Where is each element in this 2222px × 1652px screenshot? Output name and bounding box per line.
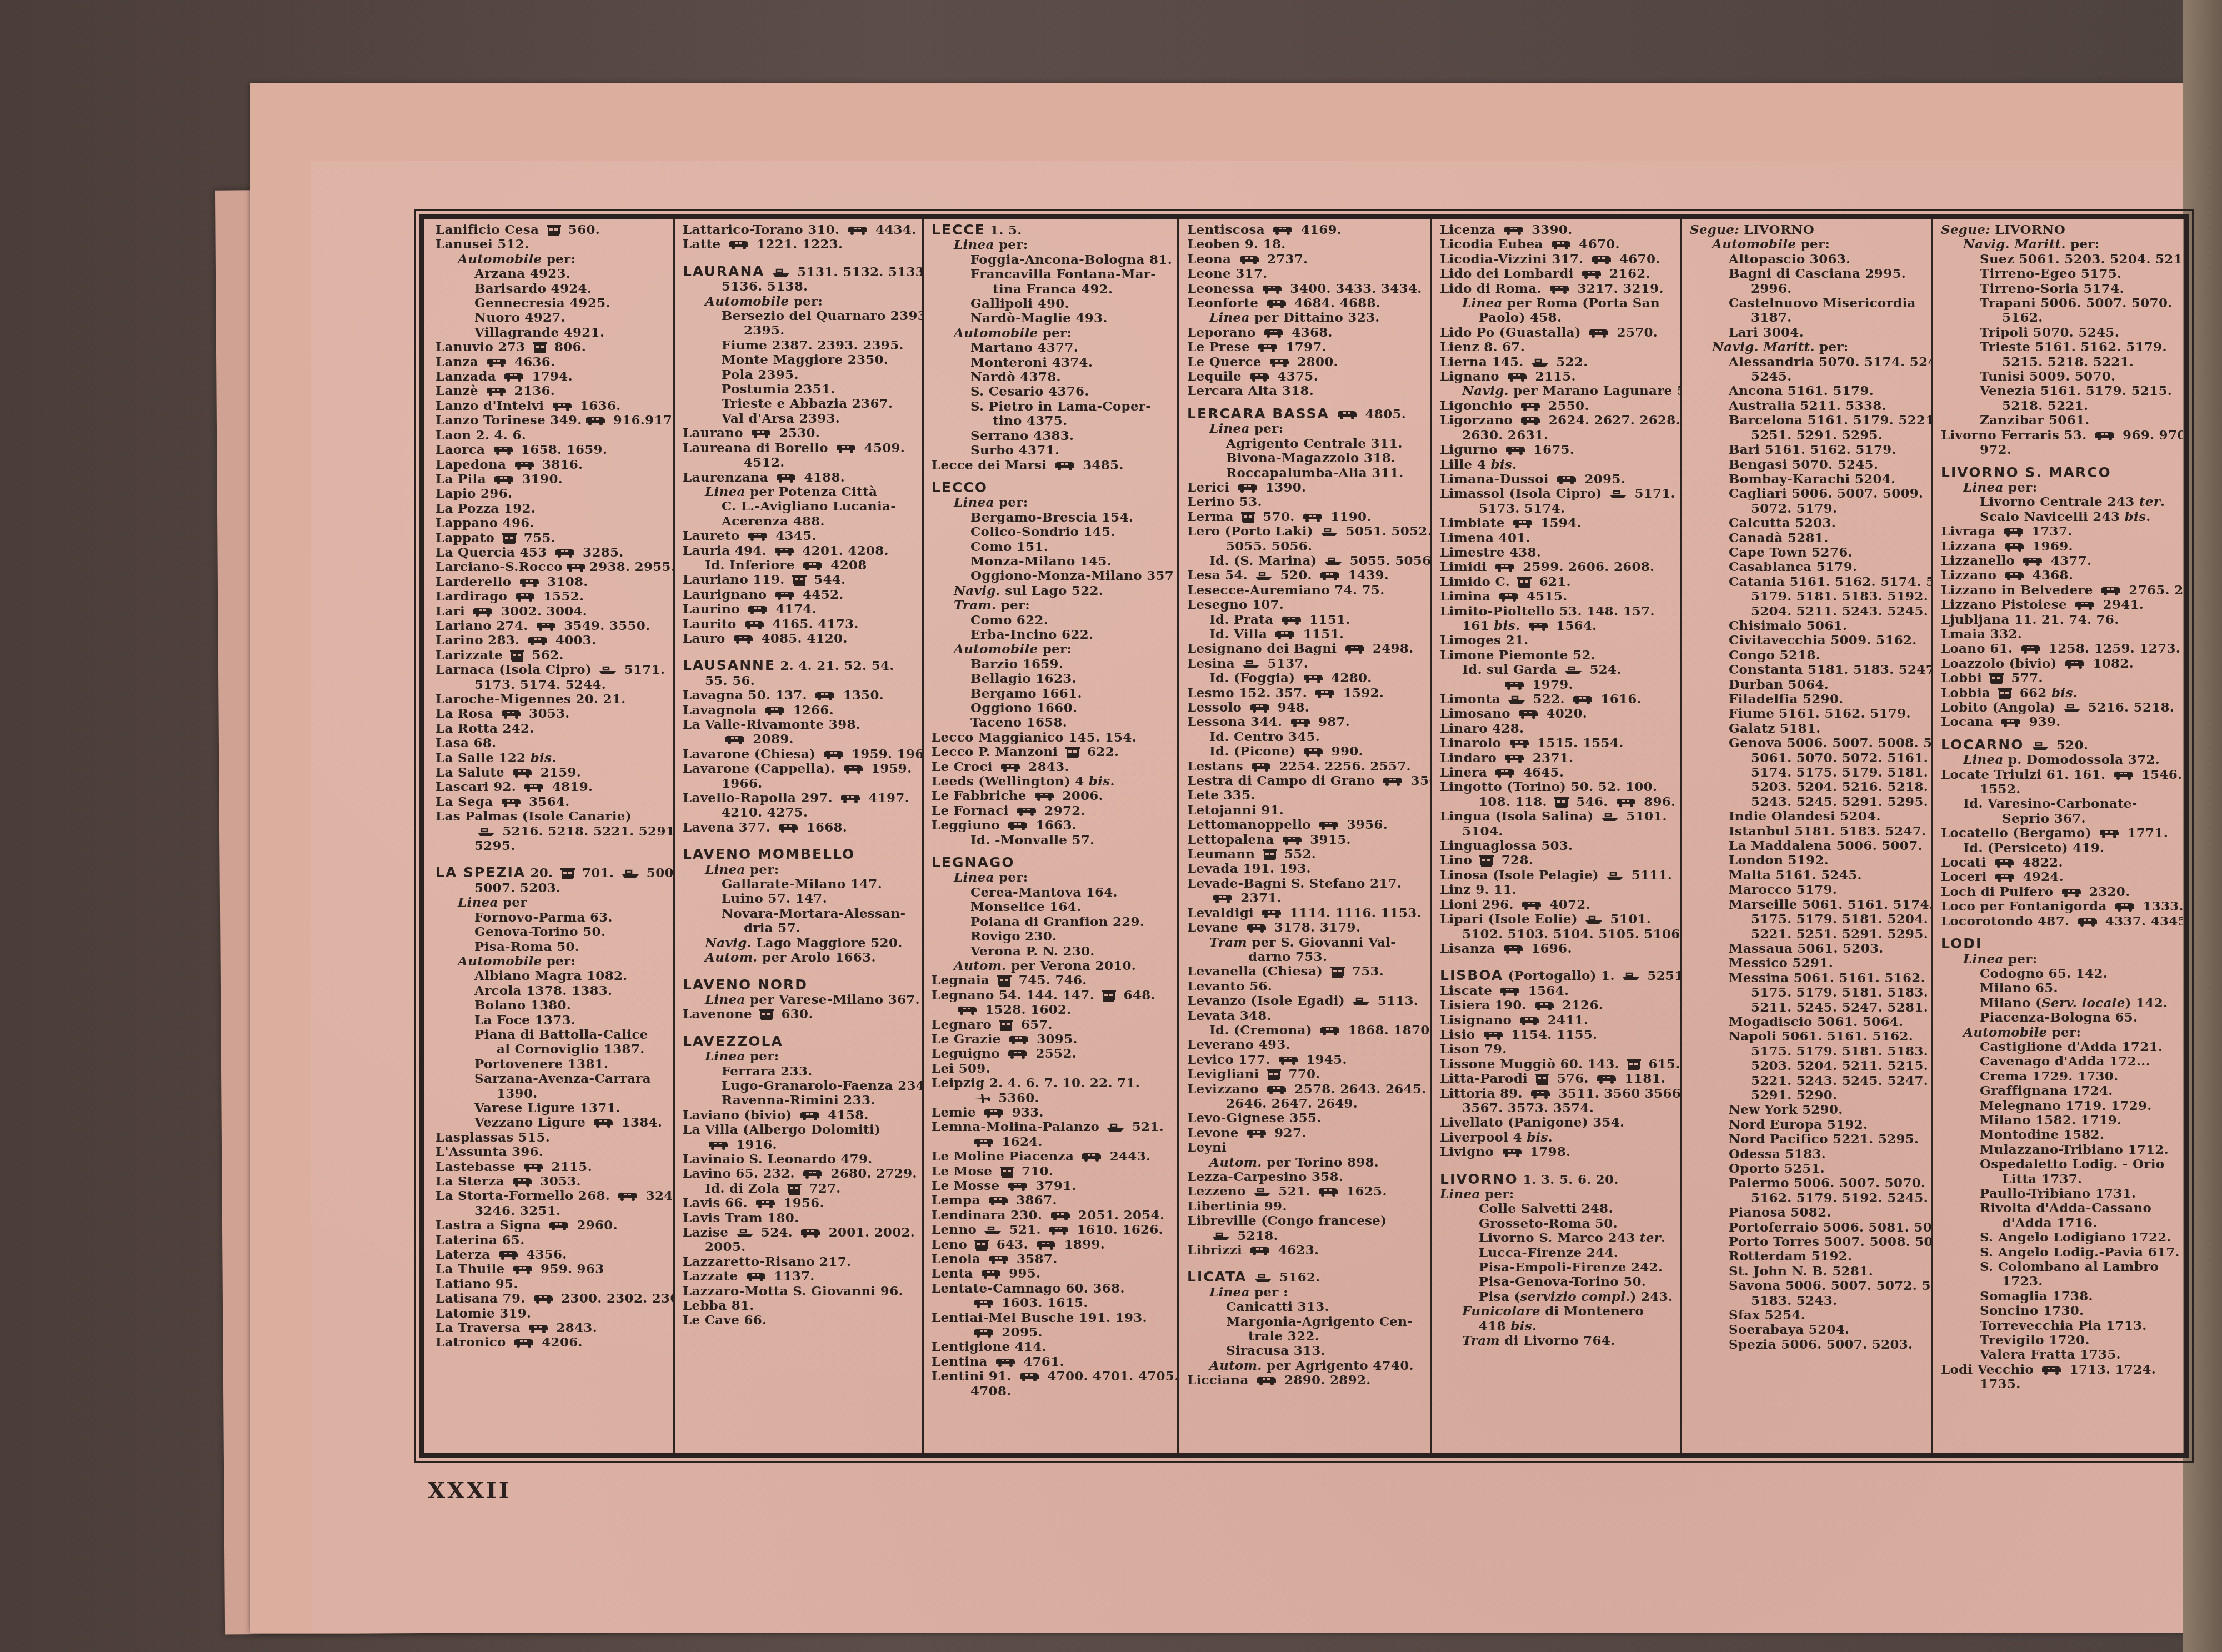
tram-icon <box>1535 1073 1549 1085</box>
station-heading: LAVENO NORD <box>683 978 915 993</box>
bus-icon <box>774 547 795 557</box>
index-entry: Lingua (Isola Salina) 5101. <box>1440 809 1673 824</box>
index-subentry: Montodine 1582. <box>1941 1128 2176 1142</box>
bus-icon <box>1994 873 2015 883</box>
index-entry: La Rosa 3053. <box>436 707 666 721</box>
index-entry: Livorno Ferraris 53. 969. 970. <box>1941 428 2176 443</box>
bus-icon <box>1502 1148 1523 1158</box>
bus-icon <box>1246 923 1267 933</box>
index-entry: Lienz 8. 67. <box>1440 340 1673 354</box>
italic-qualifier: Segue: <box>1690 222 1739 237</box>
bus-icon <box>814 691 835 701</box>
italic-qualifier: bis <box>531 750 552 765</box>
index-entry: Lessona 344. 987. <box>1187 715 1423 729</box>
ship-icon <box>1585 915 1603 925</box>
index-entry: La Rotta 242. <box>436 722 666 736</box>
index-subentry: Cagliari 5006. 5007. 5009. <box>1690 487 1924 501</box>
index-entry: Levada 191. 193. <box>1187 862 1423 876</box>
bus-icon <box>1520 402 1541 412</box>
index-entry: Loco per Fontanigorda 1333. <box>1941 899 2176 914</box>
ship-icon <box>1254 1273 1272 1283</box>
index-subentry: 418 bis. <box>1440 1319 1673 1334</box>
bus-icon <box>1518 709 1539 719</box>
index-subentry: Linea per Potenza Città <box>683 485 915 499</box>
bus-icon <box>523 783 544 793</box>
bus-icon <box>1007 821 1028 831</box>
index-subentry: Messico 5291. <box>1690 956 1924 970</box>
index-subentry: Ravenna-Rimini 233. <box>683 1093 915 1108</box>
bus-icon <box>493 475 514 485</box>
index-subentry: Durban 5064. <box>1690 678 1924 692</box>
bus-icon <box>1274 630 1295 640</box>
bus-icon <box>835 444 857 454</box>
station-heading: LOCARNO 520. <box>1941 738 2176 753</box>
index-entry: Leyni <box>1187 1140 1423 1155</box>
index-entry: Letojanni 91. <box>1187 803 1423 818</box>
index-subentry: 2646. 2647. 2649. <box>1187 1097 1423 1111</box>
index-subentry: Id. (Foggia) 4280. <box>1187 671 1423 685</box>
index-entry: Lanusei 512. <box>436 237 666 252</box>
italic-qualifier: bis <box>1089 774 1110 789</box>
index-subentry: Pisa-Roma 50. <box>436 940 666 954</box>
index-entry: Larderello 3108. <box>436 575 666 589</box>
index-entry: Le Croci 2843. <box>932 760 1170 774</box>
index-entry: Livigno 1798. <box>1440 1145 1673 1159</box>
index-entry: Lesa 54. 520. 1439. <box>1187 568 1423 583</box>
index-subentry: New York 5290. <box>1690 1103 1924 1117</box>
index-entry: Liverpool 4 bis. <box>1440 1130 1673 1145</box>
bus-icon <box>1503 944 1524 954</box>
index-subentry: Linea per Roma (Porta San <box>1440 296 1673 311</box>
italic-qualifier: Autom. <box>954 958 1007 973</box>
index-entry: Littoria 89. 3511. 3560 3566. <box>1440 1087 1673 1101</box>
station-heading: LAVEZZOLA <box>683 1034 915 1049</box>
index-subentry: 1552. <box>1941 782 2176 797</box>
bus-icon <box>528 1324 549 1334</box>
index-subentry: Melegnano 1719. 1729. <box>1941 1099 2176 1113</box>
ship-icon <box>1253 1187 1271 1197</box>
index-entry: Le Querce 2800. <box>1187 355 1423 369</box>
index-subentry: 2395. <box>683 323 915 338</box>
bus-icon <box>501 798 522 808</box>
tram-icon <box>999 1019 1013 1032</box>
index-entry: Lille 4 bis. <box>1440 458 1673 472</box>
index-subentry: dria 57. <box>683 921 915 935</box>
index-subentry: Pisa-Genova-Torino 50. <box>1440 1275 1673 1289</box>
index-subentry: 1528. 1602. <box>932 1003 1170 1017</box>
tram-icon <box>1102 990 1116 1002</box>
index-subentry: Arzana 4923. <box>436 267 666 281</box>
index-subentry: Fornovo-Parma 63. <box>436 910 666 925</box>
bus-icon <box>988 1196 1009 1206</box>
index-entry: Lerici 1390. <box>1187 480 1423 495</box>
bus-icon <box>617 1192 638 1202</box>
bus-icon <box>501 709 522 719</box>
index-entry: Lavarone (Chiesa) 1959. 1966. <box>683 747 915 762</box>
index-subentry: C. L.-Avigliano Lucania- <box>683 499 915 514</box>
index-subentry: Oggiono-Monza-Milano 357 <box>932 569 1170 583</box>
bus-icon <box>1494 768 1515 778</box>
index-subentry: 5218. <box>1187 1229 1423 1243</box>
italic-qualifier: Tram <box>1209 935 1247 950</box>
index-subentry: Ferrara 233. <box>683 1064 915 1079</box>
ship-icon <box>736 1228 754 1238</box>
index-entry: Lecco P. Manzoni 622. <box>932 745 1170 759</box>
index-subentry: S. Angelo Lodigiano 1722. <box>1941 1230 2176 1245</box>
index-subentry: 5291. 5290. <box>1690 1088 1924 1103</box>
index-subentry: 55. 56. <box>683 674 915 688</box>
bus-icon <box>533 1294 554 1304</box>
bus-icon <box>548 1221 569 1231</box>
index-entry: Lindaro 2371. <box>1440 751 1673 765</box>
bus-icon <box>843 764 864 774</box>
italic-qualifier: Navig. Maritt. <box>1963 237 2066 252</box>
index-entry: Lappato 755. <box>436 531 666 545</box>
italic-qualifier: Linea <box>458 895 498 910</box>
index-entry: La Salute 2159. <box>436 765 666 780</box>
index-subentry: Oggiono 1660. <box>932 701 1170 715</box>
bus-icon <box>554 548 575 558</box>
continued-heading: Segue: LIVORNO <box>1690 223 1924 237</box>
ship-icon <box>2063 703 2081 713</box>
index-entry: Leonforte 4684. 4688. <box>1187 296 1423 311</box>
index-entry: Leeds (Wellington) 4 bis. <box>932 774 1170 789</box>
italic-qualifier: Navig. <box>954 583 1000 598</box>
index-subentry: Albiano Magra 1082. <box>436 969 666 983</box>
index-entry: Laterza 4356. <box>436 1248 666 1262</box>
italic-qualifier: Automobile <box>954 326 1038 341</box>
index-subentry: 3246. 3251. <box>436 1204 666 1218</box>
index-subentry: Nord Pacifico 5221. 5295. <box>1690 1132 1924 1147</box>
index-columns: Lanificio Cesa 560.Lanusei 512.Automobil… <box>428 219 2183 1453</box>
index-entry: Levanella (Chiesa) 753. <box>1187 964 1423 979</box>
bus-icon <box>1483 1030 1504 1040</box>
index-subentry: Portovenere 1381. <box>436 1057 666 1072</box>
index-subentry: 5175. 5179. 5181. 5183. 5192. <box>1690 1044 1924 1059</box>
index-subentry: S. Cesario 4376. <box>932 384 1170 399</box>
bus-icon <box>1572 695 1593 705</box>
bus-icon <box>2077 917 2098 927</box>
bus-icon <box>1278 1055 1299 1065</box>
index-entry: Lavis 66. 1956. <box>683 1196 915 1210</box>
index-column-7: Segue: LIVORNONavig. Maritt. per:Suez 50… <box>1933 219 2183 1453</box>
index-subentry: 5204. 5211. 5243. 5245. 5247. <box>1690 604 1924 619</box>
index-entry: Leno 643. 1899. <box>932 1238 1170 1252</box>
bus-icon <box>514 592 536 602</box>
index-entry: Limina 4515. <box>1440 589 1673 604</box>
index-entry: Lercara Alta 318. <box>1187 384 1423 398</box>
ship-icon <box>1320 527 1338 537</box>
index-subentry: Alessandria 5070. 5174. 5243 <box>1690 355 1924 369</box>
index-subentry: Graffignana 1724. <box>1941 1084 2176 1098</box>
index-subentry: Savona 5006. 5007. 5072. 5179. <box>1690 1279 1924 1293</box>
index-entry: Limito-Pioltello 53. 148. 157. <box>1440 604 1673 619</box>
index-entry: Leonessa 3400. 3433. 3434. <box>1187 282 1423 296</box>
bus-icon <box>1549 284 1570 294</box>
bus-icon <box>1007 1182 1028 1192</box>
bus-icon <box>2020 644 2041 654</box>
italic-qualifier: ter <box>1640 1230 1661 1245</box>
index-subentry: Barzio 1659. <box>932 657 1170 672</box>
index-entry: Lariano 274. 3549. 3550. <box>436 619 666 633</box>
bus-icon <box>1382 777 1403 787</box>
index-subentry: 5162. 5179. 5192. 5245. 5290. <box>1690 1191 1924 1205</box>
tram-icon <box>547 224 561 237</box>
index-entry: Lisio 1154. 1155. <box>1440 1028 1673 1042</box>
index-subentry: Mogadiscio 5061. 5064. <box>1690 1015 1924 1029</box>
index-entry: Laroche-Migennes 20. 21. <box>436 692 666 707</box>
index-entry: L'Assunta 396. <box>436 1145 666 1159</box>
bus-icon <box>1344 644 1365 654</box>
index-subentry: Galatz 5181. <box>1690 722 1924 736</box>
index-entry: Lazzate 1137. <box>683 1269 915 1284</box>
index-entry: Limana-Dussoi 2095. <box>1440 472 1673 487</box>
station-heading-name: LAVENO NORD <box>683 977 808 993</box>
index-subentry: Chisimaio 5061. <box>1690 619 1924 633</box>
index-entry: Lattarico-Torano 310. 4434. <box>683 223 915 237</box>
index-entry: Lettopalena 3915. <box>1187 833 1423 847</box>
index-entry: Lastra a Signa 2960. <box>436 1218 666 1233</box>
tram-icon <box>997 975 1012 987</box>
index-subentry: Tram. per: <box>932 598 1170 613</box>
index-subentry: Scalo Navicelli 243 bis. <box>1941 510 2176 524</box>
index-entry: La Storta-Formello 268. 3242. <box>436 1189 666 1203</box>
italic-qualifier: Segue: <box>1941 222 1990 237</box>
index-entry: La Salle 122 bis. <box>436 751 666 765</box>
italic-qualifier: Automobile <box>705 294 789 309</box>
bus-icon <box>585 416 606 426</box>
bus-icon <box>1008 1035 1029 1045</box>
index-entry: Le Mose 710. <box>932 1164 1170 1179</box>
tram-icon <box>1330 966 1345 978</box>
index-subentry: Portoferraio 5006. 5081. 5082 <box>1690 1220 1924 1235</box>
index-entry: Leipzig 2. 4. 6. 7. 10. 22. 71. <box>932 1076 1170 1090</box>
bus-icon <box>565 563 587 573</box>
index-entry: Lmaia 332. <box>1941 627 2176 642</box>
bus-icon <box>2022 557 2043 567</box>
bus-icon <box>1337 410 1358 420</box>
index-subentry: Messina 5061. 5161. 5162. <box>1690 971 1924 985</box>
index-entry: Lapedona 3816. <box>436 458 666 472</box>
index-subentry: Paolo) 458. <box>1440 311 1673 325</box>
index-entry: Lisanza 1696. <box>1440 942 1673 956</box>
tram-icon <box>1263 849 1277 861</box>
tram-icon <box>1554 797 1569 809</box>
index-subentry: 5203. 5204. 5216. 5218. 5221. <box>1690 780 1924 794</box>
bus-icon <box>1319 1026 1340 1036</box>
index-subentry: 5174. 5175. 5179. 5181. 5183. <box>1690 765 1924 780</box>
index-entry: Laurino 4174. <box>683 602 915 617</box>
ship-icon <box>1242 659 1260 669</box>
index-subentry: 5211. 5245. 5247. 5281. 5290. <box>1690 1000 1924 1015</box>
index-subentry: 1966. <box>683 777 915 791</box>
bus-icon <box>2004 542 2025 552</box>
index-subentry: Bari 5161. 5162. 5179. <box>1690 443 1924 457</box>
tram-icon <box>1000 1166 1014 1178</box>
index-entry: Lardirago 1552. <box>436 589 666 604</box>
index-subentry: 5295. <box>436 839 666 853</box>
index-subentry: Autom. per Arolo 1663. <box>683 950 915 965</box>
italic-qualifier: Linea <box>954 870 994 885</box>
index-entry: Limidi 2599. 2606. 2608. <box>1440 560 1673 574</box>
italic-qualifier: ter <box>2139 494 2160 509</box>
station-heading-name: LECCE <box>932 222 985 238</box>
bus-icon <box>512 1177 533 1187</box>
index-entry: Lesignano dei Bagni 2498. <box>1187 642 1423 656</box>
index-subentry: Autom. per Agrigento 4740. <box>1187 1359 1423 1373</box>
index-entry: Lizzana 1969. <box>1941 539 2176 554</box>
italic-qualifier: Linea <box>705 1049 745 1064</box>
index-subentry: Gallipoli 490. <box>932 297 1170 311</box>
index-subentry: 5221. 5251. 5291. 5295. <box>1690 927 1924 942</box>
bus-icon <box>1314 689 1335 699</box>
bus-icon <box>800 1228 821 1238</box>
index-subentry: Genova 5006. 5007. 5008. 5009. <box>1690 736 1924 750</box>
bus-icon <box>1615 798 1637 808</box>
index-entry: Lisignano 2411. <box>1440 1013 1673 1028</box>
index-column-6: Segue: LIVORNOAutomobile per:Altopascio … <box>1682 219 1933 1453</box>
bus-icon <box>1509 739 1530 749</box>
index-entry: Le Fabbriche 2006. <box>932 789 1170 803</box>
index-subentry: Torrevecchia Pia 1713. <box>1941 1319 2176 1333</box>
index-subentry: Palermo 5006. 5007. 5070. 5161 <box>1690 1176 1924 1190</box>
index-entry: Lesmo 152. 357. 1592. <box>1187 686 1423 700</box>
index-subentry: d'Adda 1716. <box>1941 1216 2176 1230</box>
index-entry: Laurignano 4452. <box>683 588 915 602</box>
index-entry: Lazzaretto-Risano 217. <box>683 1255 915 1269</box>
bus-icon <box>995 1358 1016 1368</box>
index-subentry: Como 622. <box>932 613 1170 628</box>
index-subentry: Malta 5161. 5245. <box>1690 868 1924 883</box>
index-entry: La Traversa 2843. <box>436 1321 666 1335</box>
index-entry: Lesecce-Auremiano 74. 75. <box>1187 583 1423 598</box>
index-subentry: Piacenza-Bologna 65. <box>1941 1010 2176 1025</box>
tram-icon <box>560 868 575 880</box>
bus-icon <box>957 1005 978 1015</box>
bus-icon <box>1266 1085 1287 1095</box>
index-subentry: Nardò-Maglie 493. <box>932 311 1170 326</box>
index-subentry: Paullo-Tribiano 1731. <box>1941 1187 2176 1201</box>
index-subentry: 2630. 2631. <box>1440 428 1673 443</box>
index-entry: Lodi Vecchio 1713. 1724. <box>1941 1363 2176 1377</box>
index-subentry: Automobile per: <box>932 642 1170 657</box>
index-subentry: Milano (Serv. locale) 142. <box>1941 996 2176 1010</box>
ship-icon <box>1352 997 1370 1007</box>
tram-icon <box>1267 1069 1281 1081</box>
index-subentry: Poiana di Granfion 229. <box>932 915 1170 929</box>
index-entry: Laurano 2530. <box>683 426 915 440</box>
index-subentry: darno 753. <box>1187 950 1423 964</box>
index-entry: Loch di Pulfero 2320. <box>1941 885 2176 899</box>
italic-qualifier: Tram <box>1462 1333 1500 1348</box>
bus-icon <box>775 473 797 483</box>
bus-icon <box>1000 763 1021 773</box>
index-subentry: Suez 5061. 5203. 5204. 5211. <box>1941 252 2176 267</box>
index-subentry: Luino 57. 147. <box>683 892 915 906</box>
station-heading: LECCE 1. 5. <box>932 223 1170 238</box>
index-subentry: La Maddalena 5006. 5007. <box>1690 839 1924 853</box>
index-entry: Linea per: <box>1440 1187 1673 1202</box>
index-subentry: Istanbul 5181. 5183. 5247. <box>1690 824 1924 839</box>
bus-icon <box>1556 475 1577 485</box>
bus-icon <box>498 1250 519 1260</box>
index-subentry: Postumia 2351. <box>683 382 915 397</box>
bus-icon <box>745 1272 767 1282</box>
index-entry: Latisana 79. 2300. 2302. 2305. <box>436 1291 666 1306</box>
index-subentry: Porto Torres 5007. 5008. 5072 <box>1690 1235 1924 1249</box>
index-subentry: Linea p. Domodossola 372. <box>1941 753 2176 767</box>
bus-icon <box>1034 792 1055 802</box>
index-subentry: Gallarate-Milano 147. <box>683 877 915 892</box>
index-entry: Licodia-Vizzini 317. 4670. <box>1440 252 1673 267</box>
index-entry: Lido dei Lombardi 2162. <box>1440 267 1673 281</box>
index-entry: Lobbia 662 bis. <box>1941 686 2176 700</box>
station-heading: LAVENO MOMBELLO <box>683 847 915 862</box>
bus-icon <box>1050 1211 1071 1221</box>
station-heading: LODI <box>1941 937 2176 952</box>
index-entry: Lingotto (Torino) 50. 52. 100. <box>1440 780 1673 794</box>
index-column-4: Lentiscosa 4169.Leoben 9. 18.Leona 2737.… <box>1179 219 1432 1453</box>
index-subentry: 5216. 5218. 5221. 5291. <box>436 824 666 839</box>
index-subentry: Congo 5218. <box>1690 648 1924 663</box>
index-entry: Laureto 4345. <box>683 529 915 543</box>
index-subentry: Tripoli 5070. 5245. <box>1941 326 2176 340</box>
italic-qualifier: Navig. Maritt. <box>1712 339 1815 354</box>
station-heading-name: LERCARA BASSA <box>1187 406 1329 422</box>
index-entry: Lauria 494. 4201. 4208. <box>683 544 915 558</box>
bus-icon <box>802 561 823 571</box>
index-subentry: Bergamo-Brescia 154. <box>932 510 1170 525</box>
bus-icon <box>1303 747 1324 757</box>
ship-icon <box>622 869 639 879</box>
index-entry: Lanzo Torinese 349. 916.917. <box>436 413 666 428</box>
index-column-3: LECCE 1. 5.Linea per:Foggia-Ancona-Bolog… <box>924 219 1179 1453</box>
station-heading-name: LICATA <box>1187 1269 1247 1285</box>
bus-icon <box>527 636 548 646</box>
station-heading-name: LAURANA <box>683 263 765 279</box>
bus-icon <box>1250 762 1272 772</box>
index-entry: Ligorzano 2624. 2627. 2628. <box>1440 413 1673 428</box>
bus-icon <box>593 1118 614 1128</box>
ship-icon <box>1212 1232 1230 1241</box>
index-subentry: Livorno Centrale 243 ter. <box>1941 495 2176 509</box>
index-entry: Levanzo (Isole Egadi) 5113. <box>1187 994 1423 1008</box>
index-entry: Librizzi 4623. <box>1187 1243 1423 1258</box>
index-entry: Lanzo d'Intelvi 1636. <box>436 399 666 413</box>
index-entry: Linaro 428. <box>1440 722 1673 736</box>
index-subentry: 5072. 5179. <box>1690 502 1924 516</box>
index-entry: La Villa (Albergo Dolomiti) <box>683 1123 915 1137</box>
ship-icon <box>984 1225 1002 1235</box>
index-subentry: Automobile per: <box>1690 237 1924 252</box>
index-subentry: Tunisi 5009. 5070. <box>1941 369 2176 384</box>
index-subentry: Mulazzano-Tribiano 1712. <box>1941 1143 2176 1157</box>
bus-icon <box>1249 372 1270 382</box>
index-entry: Lentate-Camnago 60. 368. <box>932 1281 1170 1296</box>
index-subentry: Francavilla Fontana-Mar- <box>932 267 1170 282</box>
index-subentry: 1390. <box>436 1087 666 1101</box>
ship-icon <box>2031 741 2049 751</box>
index-subentry: Navig. Lago Maggiore 520. <box>683 936 915 950</box>
tram-icon <box>1998 688 2012 700</box>
index-entry: Lissone Muggiò 60. 143. 615. <box>1440 1057 1673 1072</box>
index-subentry: Automobile per: <box>436 252 666 267</box>
bus-icon <box>1272 226 1293 236</box>
index-entry: Lete 335. <box>1187 788 1423 803</box>
index-entry: Le Mosse 3791. <box>932 1179 1170 1193</box>
index-entry: Lei 509. <box>932 1062 1170 1076</box>
index-subentry: 5215. 5218. 5221. <box>1941 355 2176 369</box>
